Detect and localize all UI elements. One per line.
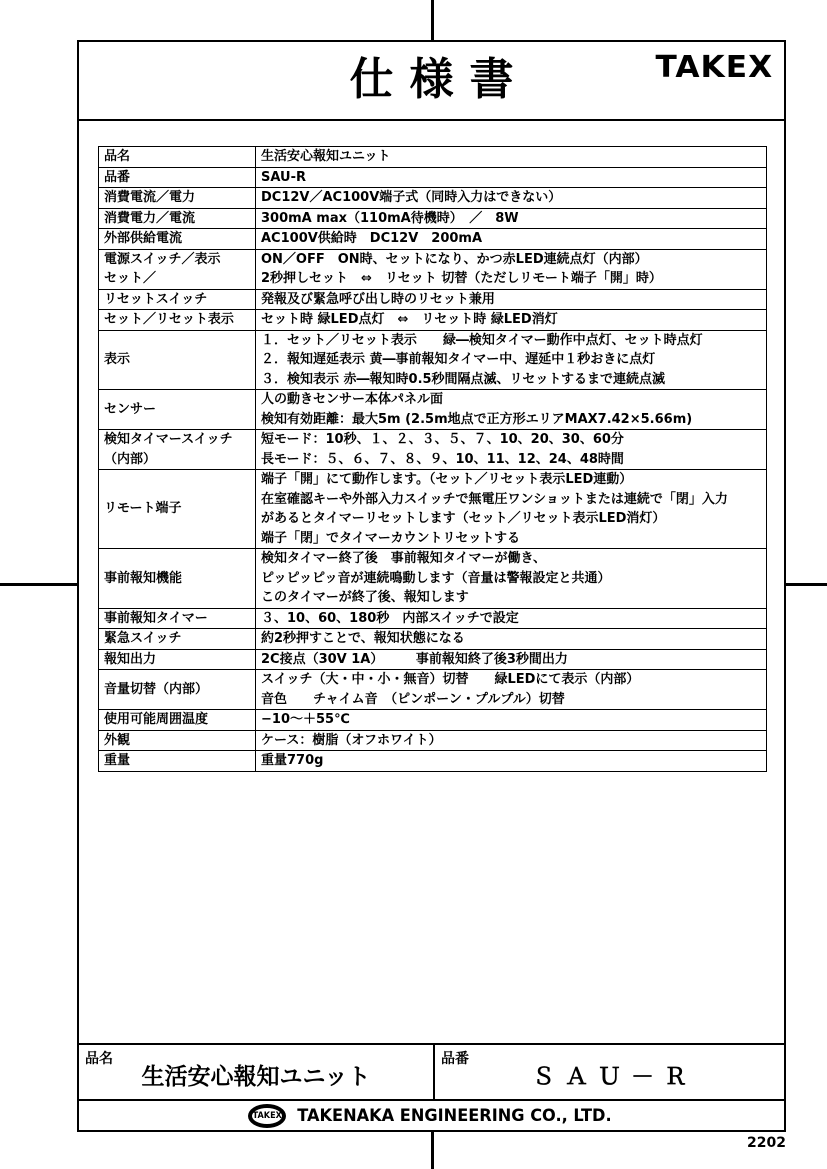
spec-label-line: 検知タイマースイッチ bbox=[104, 430, 255, 450]
company-band: TAKEX TAKENAKA ENGINEERING CO., LTD. bbox=[79, 1099, 784, 1130]
brand-logotype: TAKEX bbox=[655, 50, 773, 85]
spec-label-cell: 品名 bbox=[99, 147, 256, 167]
spec-sheet-page: 仕様書 TAKEX 品名生活安心報知ユニット品番SAU-R消費電流／電力DC12… bbox=[0, 0, 827, 1169]
spec-value-cell: 約2秒押すことで、報知状態になる bbox=[256, 629, 766, 649]
spec-value-cell: ON／OFF ON時、セットになり、かつ赤LED連続点灯（内部）2秒押しセット … bbox=[256, 250, 766, 289]
spec-label-cell: リセットスイッチ bbox=[99, 290, 256, 310]
spec-label-cell: 使用可能周囲温度 bbox=[99, 710, 256, 730]
spec-label-line: 品番 bbox=[104, 168, 255, 188]
spec-value-line: スイッチ（大・中・小・無音）切替 緑LEDにて表示（内部） bbox=[261, 670, 766, 690]
spec-value-line: 人の動きセンサー本体パネル面 bbox=[261, 390, 766, 410]
spec-label-cell: 消費電流／電力 bbox=[99, 188, 256, 208]
spec-label-cell: 音量切替（内部） bbox=[99, 670, 256, 709]
spec-value-cell: 300mA max（110mA待機時） ／ 8W bbox=[256, 209, 766, 229]
spec-value-line: DC12V／AC100V端子式（同時入力はできない） bbox=[261, 188, 766, 208]
spec-value-line: 在室確認キーや外部入力スイッチで無電圧ワンショットまたは連続で「閉」入力 bbox=[261, 490, 766, 510]
crop-mark-right bbox=[784, 583, 827, 586]
spec-row: 表示１．セット／リセット表示 緑―検知タイマー動作中点灯、セット時点灯２．報知遅… bbox=[99, 331, 766, 391]
spec-label-line: 消費電流／電力 bbox=[104, 188, 255, 208]
takex-oval-logo-icon: TAKEX bbox=[248, 1104, 286, 1128]
title-band: 仕様書 TAKEX bbox=[79, 42, 784, 121]
spec-label-line: 使用可能周囲温度 bbox=[104, 710, 255, 730]
spec-label-cell: 外部供給電流 bbox=[99, 229, 256, 249]
page-number: 2202 bbox=[747, 1135, 786, 1151]
spec-value-cell: DC12V／AC100V端子式（同時入力はできない） bbox=[256, 188, 766, 208]
spec-label-cell: 表示 bbox=[99, 331, 256, 390]
spec-label-line: 事前報知機能 bbox=[104, 569, 255, 589]
spec-label-cell: 外観 bbox=[99, 731, 256, 751]
spec-value-line: セット時 緑LED点灯 ⇔ リセット時 緑LED消灯 bbox=[261, 310, 766, 330]
takex-logo-text: TAKEX bbox=[252, 1111, 281, 1121]
spec-value-line: 短モード：10秒、１、２、３、５、７、10、20、30、60分 bbox=[261, 430, 766, 450]
spec-row: 外部供給電流AC100V供給時 DC12V 200mA bbox=[99, 229, 766, 250]
spec-label-cell: セット／リセット表示 bbox=[99, 310, 256, 330]
spec-label-line: リセットスイッチ bbox=[104, 290, 255, 310]
spec-label-line: セット／リセット表示 bbox=[104, 310, 255, 330]
spec-value-line: １．セット／リセット表示 緑―検知タイマー動作中点灯、セット時点灯 bbox=[261, 331, 766, 351]
spec-value-cell: −10～＋55℃ bbox=[256, 710, 766, 730]
spec-row: 事前報知機能検知タイマー終了後 事前報知タイマーが働き、ピッピッピッ音が連続鳴動… bbox=[99, 549, 766, 609]
spec-label-line: 外観 bbox=[104, 731, 255, 751]
spec-value-line: ON／OFF ON時、セットになり、かつ赤LED連続点灯（内部） bbox=[261, 250, 766, 270]
spec-value-cell: 端子「開」にて動作します。（セット／リセット表示LED連動）在室確認キーや外部入… bbox=[256, 470, 766, 548]
spec-value-line: SAU-R bbox=[261, 168, 766, 188]
spec-label-line: リモート端子 bbox=[104, 499, 255, 519]
spec-label-cell: 重量 bbox=[99, 751, 256, 771]
spec-value-line: AC100V供給時 DC12V 200mA bbox=[261, 229, 766, 249]
spec-value-cell: 重量770g bbox=[256, 751, 766, 771]
spec-label-cell: 検知タイマースイッチ（内部） bbox=[99, 430, 256, 469]
spec-label-line: センサー bbox=[104, 400, 255, 420]
spec-value-line: ３．検知表示 赤―報知時0.5秒間隔点滅、リセットするまで連続点滅 bbox=[261, 370, 766, 390]
spec-label-cell: 報知出力 bbox=[99, 650, 256, 670]
spec-label-line: 重量 bbox=[104, 751, 255, 771]
spec-value-cell: SAU-R bbox=[256, 168, 766, 188]
spec-label-cell: 事前報知機能 bbox=[99, 549, 256, 608]
spec-label-cell: 消費電力／電流 bbox=[99, 209, 256, 229]
spec-row: 音量切替（内部）スイッチ（大・中・小・無音）切替 緑LEDにて表示（内部）音色 … bbox=[99, 670, 766, 710]
spec-label-cell: 緊急スイッチ bbox=[99, 629, 256, 649]
document-frame: 仕様書 TAKEX 品名生活安心報知ユニット品番SAU-R消費電流／電力DC12… bbox=[77, 40, 786, 1132]
spec-value-line: ケース：樹脂（オフホワイト） bbox=[261, 731, 766, 751]
spec-table: 品名生活安心報知ユニット品番SAU-R消費電流／電力DC12V／AC100V端子… bbox=[98, 146, 767, 772]
product-name-value: 生活安心報知ユニット bbox=[141, 1058, 370, 1091]
product-model-cell: 品番 ＳＡＵ－Ｒ bbox=[435, 1045, 784, 1099]
spec-value-line: 2C接点（30V 1A） 事前報知終了後3秒間出力 bbox=[261, 650, 766, 670]
spec-row: 事前報知タイマー３、10、60、180秒 内部スイッチで設定 bbox=[99, 609, 766, 630]
spec-value-line: 端子「開」にて動作します。（セット／リセット表示LED連動） bbox=[261, 470, 766, 490]
spec-value-line: 検知タイマー終了後 事前報知タイマーが働き、 bbox=[261, 549, 766, 569]
spec-row: センサー人の動きセンサー本体パネル面検知有効距離：最大5m (2.5m地点で正方… bbox=[99, 390, 766, 430]
spec-row: 消費電流／電力DC12V／AC100V端子式（同時入力はできない） bbox=[99, 188, 766, 209]
spec-label-line: （内部） bbox=[104, 450, 255, 470]
spec-value-line: 300mA max（110mA待機時） ／ 8W bbox=[261, 209, 766, 229]
spec-value-cell: AC100V供給時 DC12V 200mA bbox=[256, 229, 766, 249]
spec-row: 品名生活安心報知ユニット bbox=[99, 147, 766, 168]
spec-value-cell: 短モード：10秒、１、２、３、５、７、10、20、30、60分長モード：５、６、… bbox=[256, 430, 766, 469]
spec-row: 検知タイマースイッチ（内部）短モード：10秒、１、２、３、５、７、10、20、3… bbox=[99, 430, 766, 470]
spec-row: 報知出力2C接点（30V 1A） 事前報知終了後3秒間出力 bbox=[99, 650, 766, 671]
spec-value-line: このタイマーが終了後、報知します bbox=[261, 588, 766, 608]
spec-value-cell: 発報及び緊急呼び出し時のリセット兼用 bbox=[256, 290, 766, 310]
spec-label-line: 品名 bbox=[104, 147, 255, 167]
spec-label-line: 電源スイッチ／表示 bbox=[104, 250, 255, 270]
spec-value-line: 検知有効距離：最大5m (2.5m地点で正方形エリアMAX7.42×5.66m) bbox=[261, 410, 766, 430]
spec-value-cell: 人の動きセンサー本体パネル面検知有効距離：最大5m (2.5m地点で正方形エリア… bbox=[256, 390, 766, 429]
spec-label-line: 報知出力 bbox=[104, 650, 255, 670]
spec-value-cell: セット時 緑LED点灯 ⇔ リセット時 緑LED消灯 bbox=[256, 310, 766, 330]
spec-value-line: 2秒押しセット ⇔ リセット 切替（ただしリモート端子「開」時） bbox=[261, 269, 766, 289]
spec-row: 品番SAU-R bbox=[99, 168, 766, 189]
spec-label-line: 音量切替（内部） bbox=[104, 680, 255, 700]
spec-value-line: 重量770g bbox=[261, 751, 766, 771]
spec-label-line: 表示 bbox=[104, 350, 255, 370]
spec-value-line: 生活安心報知ユニット bbox=[261, 147, 766, 167]
spec-row: 消費電力／電流300mA max（110mA待機時） ／ 8W bbox=[99, 209, 766, 230]
spec-value-line: 音色 チャイム音 （ピンポーン・プルプル）切替 bbox=[261, 690, 766, 710]
spec-value-line: があるとタイマーリセットします（セット／リセット表示LED消灯） bbox=[261, 509, 766, 529]
crop-mark-left bbox=[0, 583, 78, 586]
spec-value-cell: ３、10、60、180秒 内部スイッチで設定 bbox=[256, 609, 766, 629]
spec-label-cell: リモート端子 bbox=[99, 470, 256, 548]
product-model-label: 品番 bbox=[441, 1048, 469, 1068]
spec-label-line: 消費電力／電流 bbox=[104, 209, 255, 229]
crop-mark-top bbox=[431, 0, 434, 42]
spec-label-cell: 事前報知タイマー bbox=[99, 609, 256, 629]
spec-value-cell: ケース：樹脂（オフホワイト） bbox=[256, 731, 766, 751]
content-area: 品名生活安心報知ユニット品番SAU-R消費電流／電力DC12V／AC100V端子… bbox=[79, 121, 784, 1043]
product-name-cell: 品名 生活安心報知ユニット bbox=[79, 1045, 435, 1099]
spec-row: 電源スイッチ／表示セット／ON／OFF ON時、セットになり、かつ赤LED連続点… bbox=[99, 250, 766, 290]
spec-value-cell: 2C接点（30V 1A） 事前報知終了後3秒間出力 bbox=[256, 650, 766, 670]
spec-label-cell: 電源スイッチ／表示セット／ bbox=[99, 250, 256, 289]
company-name: TAKENAKA ENGINEERING CO., LTD. bbox=[297, 1106, 611, 1125]
spec-label-line: 外部供給電流 bbox=[104, 229, 255, 249]
spec-row: リモート端子端子「開」にて動作します。（セット／リセット表示LED連動）在室確認… bbox=[99, 470, 766, 549]
spec-label-line: 事前報知タイマー bbox=[104, 609, 255, 629]
spec-row: 外観ケース：樹脂（オフホワイト） bbox=[99, 731, 766, 752]
spec-row: セット／リセット表示セット時 緑LED点灯 ⇔ リセット時 緑LED消灯 bbox=[99, 310, 766, 331]
spec-value-line: −10～＋55℃ bbox=[261, 710, 766, 730]
spec-row: 使用可能周囲温度−10～＋55℃ bbox=[99, 710, 766, 731]
spec-value-line: 端子「閉」でタイマーカウントリセットする bbox=[261, 529, 766, 549]
spec-value-cell: 生活安心報知ユニット bbox=[256, 147, 766, 167]
spec-row: 重量重量770g bbox=[99, 751, 766, 771]
spec-row: 緊急スイッチ約2秒押すことで、報知状態になる bbox=[99, 629, 766, 650]
product-id-band: 品名 生活安心報知ユニット 品番 ＳＡＵ－Ｒ bbox=[79, 1043, 784, 1099]
spec-value-cell: １．セット／リセット表示 緑―検知タイマー動作中点灯、セット時点灯２．報知遅延表… bbox=[256, 331, 766, 390]
spec-value-line: 約2秒押すことで、報知状態になる bbox=[261, 629, 766, 649]
spec-label-line: 緊急スイッチ bbox=[104, 629, 255, 649]
spec-value-line: 発報及び緊急呼び出し時のリセット兼用 bbox=[261, 290, 766, 310]
spec-value-cell: スイッチ（大・中・小・無音）切替 緑LEDにて表示（内部）音色 チャイム音 （ピ… bbox=[256, 670, 766, 709]
spec-value-line: ３、10、60、180秒 内部スイッチで設定 bbox=[261, 609, 766, 629]
spec-label-cell: 品番 bbox=[99, 168, 256, 188]
product-model-value: ＳＡＵ－Ｒ bbox=[522, 1058, 697, 1091]
product-name-label: 品名 bbox=[85, 1048, 113, 1068]
crop-mark-bottom bbox=[431, 1130, 434, 1169]
spec-value-cell: 検知タイマー終了後 事前報知タイマーが働き、ピッピッピッ音が連続鳴動します（音量… bbox=[256, 549, 766, 608]
spec-label-line: セット／ bbox=[104, 269, 255, 289]
spec-value-line: 長モード：５、６、７、８、９、10、11、12、24、48時間 bbox=[261, 450, 766, 470]
spec-label-cell: センサー bbox=[99, 390, 256, 429]
spec-value-line: ピッピッピッ音が連続鳴動します（音量は警報設定と共通） bbox=[261, 569, 766, 589]
spec-row: リセットスイッチ発報及び緊急呼び出し時のリセット兼用 bbox=[99, 290, 766, 311]
spec-value-line: ２．報知遅延表示 黄―事前報知タイマー中、遅延中１秒おきに点灯 bbox=[261, 350, 766, 370]
